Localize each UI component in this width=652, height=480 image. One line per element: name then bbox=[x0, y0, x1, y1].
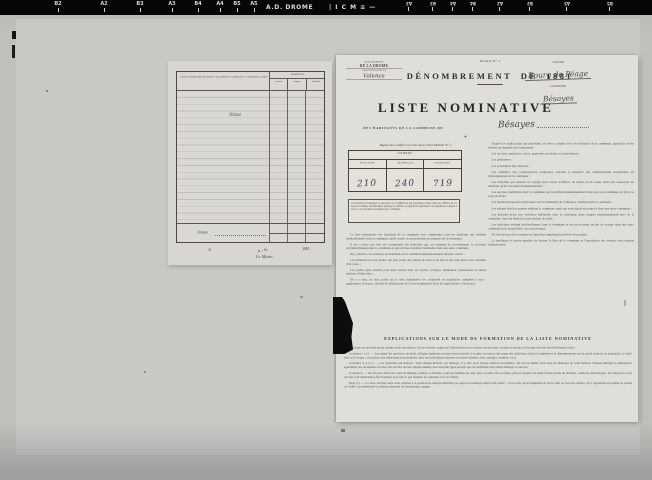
ruler-mark-mirrored: A5 bbox=[561, 1, 573, 11]
category-item: Les enfants dont les parents habitent la… bbox=[488, 207, 634, 211]
text-paragraph: S'il y a lieu, on doit porter sur la lis… bbox=[346, 278, 486, 286]
table-column-line bbox=[305, 91, 306, 242]
category-item: Les prisonniers (les détenus) ; bbox=[488, 164, 634, 168]
right-text-column: D'après les explications qui précèdent, … bbox=[488, 142, 634, 148]
canton-label: CANTON bbox=[538, 61, 578, 63]
nombre-group-text: NOMBRE DE bbox=[270, 73, 325, 76]
totals-label: Totaux bbox=[197, 230, 208, 235]
right-page: DÉPARTEMENT DE LA DROME ARRONDISSEMENT V… bbox=[336, 55, 638, 422]
rappel-note-box: Il conviendra d'expliquer la réduction o… bbox=[348, 199, 460, 223]
ruler-mark: A2 bbox=[97, 1, 111, 12]
ruler-mark-mirrored: B5 bbox=[604, 1, 616, 11]
explanation-paragraph: Colonnes 3, 4 et 5. — Ces questions par … bbox=[344, 362, 632, 370]
recap-table: DÉSIGNATION DES MAISONS, QUARTIERS, HAME… bbox=[176, 71, 325, 243]
ruler-mark: B5 bbox=[230, 1, 244, 12]
ruler-mark: A4 bbox=[213, 1, 227, 12]
rappel-note-text: Il conviendra d'expliquer la réduction o… bbox=[351, 202, 457, 211]
film-speck bbox=[258, 250, 260, 252]
rappel-col-maisons: DE MAISONS bbox=[349, 160, 386, 168]
film-speck bbox=[46, 90, 48, 92]
page-title: LISTE NOMINATIVE bbox=[336, 100, 596, 116]
archive-label: A.D. DROME bbox=[266, 4, 313, 11]
explanations-paragraphs: Les noms ne peuvent porter qu'une seule … bbox=[344, 346, 632, 350]
rappel-nombre-text: NOMBRE bbox=[349, 152, 461, 155]
value-menages: 240 bbox=[395, 178, 416, 189]
designation-header-text: DÉSIGNATION DES MAISONS, QUARTIERS, HAME… bbox=[179, 76, 269, 79]
text-paragraph: Les jeunes gens absents pour leurs étude… bbox=[346, 268, 486, 276]
subtitle-ornament bbox=[465, 136, 467, 138]
category-item: Les individus résidant habituellement da… bbox=[488, 223, 634, 231]
totals-cell: Totaux bbox=[177, 224, 269, 242]
designation-column-header: DÉSIGNATION DES MAISONS, QUARTIERS, HAME… bbox=[177, 72, 269, 90]
film-artifact bbox=[12, 31, 16, 39]
category-item: Les marins navigateurs embarqués sur les… bbox=[488, 201, 634, 205]
category-item: Les gendarmes ; bbox=[488, 158, 634, 162]
rappel-col-menages: DE MÉNAGES bbox=[386, 160, 424, 168]
category-item: Ne devront pas être comptés les individu… bbox=[488, 233, 634, 237]
instructions-paragraphs: La liste nominative des habitants de la … bbox=[346, 233, 486, 238]
col-maisons: maisons bbox=[270, 79, 287, 90]
col-individus: individus bbox=[306, 79, 324, 90]
col-individus-label: individus bbox=[307, 80, 325, 83]
ruler-mark: A5 bbox=[247, 1, 261, 12]
title-ornament bbox=[477, 84, 503, 85]
film-speck bbox=[624, 300, 626, 306]
explanation-paragraph: Colonne 6. — On inscrira d'abord le chef… bbox=[344, 371, 632, 379]
film-ruler-bar: B2A2B3A3B4A4B5A5 A.D. DROME | I C M ≡ — … bbox=[0, 0, 652, 15]
category-item: La meilleure et exacte manière de dresse… bbox=[488, 239, 634, 247]
explanation-paragraph: Les noms ne peuvent porter qu'une seule … bbox=[344, 346, 632, 350]
rappel-col-habitants: D'HABITANTS bbox=[423, 160, 461, 168]
scale-label: | I C M ≡ — bbox=[329, 4, 376, 11]
recap-table-totals-row: Totaux bbox=[177, 223, 324, 242]
commune-label: COMMUNE bbox=[538, 85, 578, 87]
text-paragraph: On y inscrira, au contraire, les habitan… bbox=[346, 253, 486, 257]
value-habitants: 719 bbox=[432, 178, 453, 189]
ruler-mark: B4 bbox=[191, 1, 205, 12]
category-item: Les individus qui seraient en voyage pou… bbox=[488, 181, 634, 189]
ruler-mark-mirrored: B2 bbox=[524, 1, 536, 11]
category-item: Les ouvriers domiciliés dans la commune … bbox=[488, 191, 634, 199]
col-maisons-label: maisons bbox=[270, 80, 288, 83]
categories-list: D'après les explications qui précèdent, … bbox=[488, 142, 634, 247]
footer-date-prefix: , le bbox=[262, 247, 268, 252]
instructions-paragraphs-inner: La liste nominative des habitants de la … bbox=[346, 233, 486, 286]
text-paragraph: La liste nominative des habitants de la … bbox=[346, 233, 486, 241]
ruler-mark: A3 bbox=[165, 1, 179, 12]
commune-name-handwritten: Bésayes bbox=[498, 120, 535, 131]
totals-dotted-leader bbox=[215, 235, 266, 236]
totals-value-cells bbox=[269, 224, 324, 242]
category-item: D'après les explications qui précèdent, … bbox=[488, 142, 634, 150]
film-artifact bbox=[12, 45, 15, 58]
nombre-column-group: NOMBRE DE maisons ménages individus bbox=[269, 72, 324, 90]
value-menages-cell: 240 bbox=[386, 169, 424, 191]
footer-place-prefix: A bbox=[208, 247, 211, 252]
left-text-column: Rappel des chiffres inscrits dans l'état… bbox=[346, 143, 486, 238]
rappel-col-maisons-label: DE MAISONS bbox=[349, 162, 386, 165]
table-column-lines bbox=[177, 91, 324, 242]
text-paragraph: Les militaires de tous grades qui font p… bbox=[346, 258, 486, 266]
explanations-heading: EXPLICATIONS SUR LE MODE DE FORMATION DE… bbox=[344, 336, 632, 339]
ruler-mark: B2 bbox=[51, 1, 65, 12]
rappel-table: NOMBRE DE MAISONS DE MÉNAGES D'HABITANTS… bbox=[348, 150, 462, 192]
rappel-caption: Rappel des chiffres inscrits dans l'état… bbox=[346, 143, 486, 146]
film-speck bbox=[341, 429, 345, 432]
explanation-paragraph: Nota (1). — Ce lieu convient dans cette … bbox=[344, 381, 632, 389]
explanation-paragraph: Colonnes 1 et 2. — Les noms des quartier… bbox=[344, 352, 632, 360]
explanations-section: EXPLICATIONS SUR LE MODE DE FORMATION DE… bbox=[344, 336, 632, 350]
subtitle-text: DES HABITANTS DE LA COMMUNE DE bbox=[363, 126, 443, 130]
nombre-subcolumns: maisons ménages individus bbox=[270, 79, 324, 90]
value-habitants-cell: 719 bbox=[423, 169, 461, 191]
ruler-mark-mirrored: B3 bbox=[427, 1, 439, 11]
ruler-mark-mirrored: A3 bbox=[403, 1, 415, 11]
left-page: DÉSIGNATION DES MAISONS, QUARTIERS, HAME… bbox=[168, 61, 332, 265]
category-item: Les ouvriers, employés, clercs, apprenti… bbox=[488, 152, 634, 156]
ruler-mark-mirrored: A2 bbox=[494, 1, 506, 11]
film-speck bbox=[300, 296, 303, 298]
subtitle-row: DES HABITANTS DE LA COMMUNE DE Bésayes bbox=[356, 120, 596, 130]
film-speck bbox=[144, 371, 146, 373]
ruler-mark-mirrored: A4 bbox=[447, 1, 459, 11]
ruler-mark-mirrored: B4 bbox=[467, 1, 479, 11]
footer-signature: Le Maire, bbox=[256, 254, 274, 259]
subtitle-dotted-leader bbox=[537, 127, 589, 128]
recap-table-header: DÉSIGNATION DES MAISONS, QUARTIERS, HAME… bbox=[177, 72, 324, 91]
table-column-line bbox=[287, 91, 288, 242]
rappel-col-menages-label: DE MÉNAGES bbox=[387, 162, 424, 165]
category-item: Les malades ayant leur résidence habitue… bbox=[488, 213, 634, 221]
rappel-subheaders: DE MAISONS DE MÉNAGES D'HABITANTS bbox=[349, 160, 461, 169]
canton-handwritten: Bourg de Péage bbox=[525, 69, 591, 81]
rappel-values-row: 210 240 719 bbox=[349, 169, 461, 191]
explanations-paragraphs-inner: Les noms ne peuvent porter qu'une seule … bbox=[344, 346, 632, 389]
rappel-col-habitants-label: D'HABITANTS bbox=[424, 162, 461, 165]
value-maisons-cell: 210 bbox=[349, 169, 386, 191]
category-item: Les membres des congrégations religieuse… bbox=[488, 170, 634, 178]
text-paragraph: Il n'y a donc pas lieu d'y comprendre le… bbox=[346, 243, 486, 251]
nombre-group-header: NOMBRE DE bbox=[270, 72, 324, 79]
footer-year: 188 . bbox=[302, 246, 311, 251]
col-menages: ménages bbox=[287, 79, 305, 90]
table-column-line bbox=[269, 91, 270, 242]
rappel-nombre-header: NOMBRE bbox=[349, 151, 461, 160]
value-maisons: 210 bbox=[357, 178, 378, 189]
col-menages-label: ménages bbox=[288, 80, 306, 83]
ruler-mark: B3 bbox=[133, 1, 147, 12]
